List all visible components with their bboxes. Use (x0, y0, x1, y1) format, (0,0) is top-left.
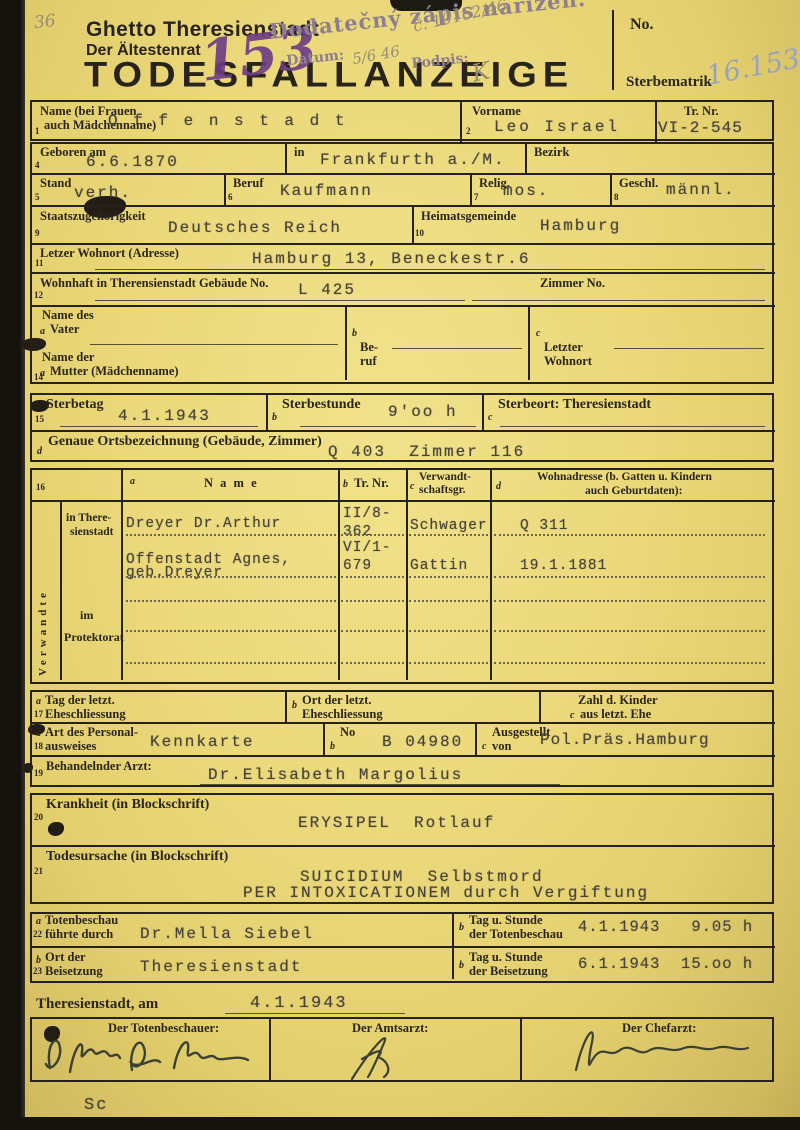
corner-note: 36 (33, 11, 57, 33)
ehe-ort-label1: Ort der letzt. (302, 693, 372, 708)
sterbestunde-value: 9'oo h (388, 403, 458, 421)
sub-letter: a (40, 326, 45, 337)
divider (528, 305, 530, 380)
fill-rule (500, 426, 765, 427)
field-num: 12 (34, 290, 43, 300)
ausweis-value: Kennkarte (150, 733, 254, 751)
sterbestunde-label: Sterbestunde (282, 397, 361, 413)
relative-grade: Schwager (410, 518, 488, 534)
relative-trnr: II/8- (343, 506, 392, 522)
signature-chefarzt (556, 1018, 766, 1078)
beruf-value: Kaufmann (280, 182, 373, 200)
row-line (30, 755, 775, 757)
totenbeschau-label1: Totenbeschau (45, 913, 118, 928)
sect-protektorat2: Protektorat (64, 630, 124, 645)
row-line (30, 430, 775, 432)
divider (338, 468, 340, 680)
divider (60, 500, 62, 680)
dotted-line (494, 662, 765, 664)
ausweis-label2: ausweises (45, 739, 96, 754)
scanned-death-certificate: 36 Ghetto Theresienstadt Der Ältestenrat… (0, 0, 800, 1130)
divider (460, 100, 462, 142)
totenbeschau-zeit-label2: der Totenbeschau (469, 927, 563, 942)
trnr-label: Tr. Nr. (684, 104, 719, 119)
dotted-line (341, 576, 404, 578)
divider (482, 393, 484, 430)
field-num: 10 (415, 228, 424, 238)
vorname-value: Leo Israel (494, 118, 620, 136)
dotted-line (494, 630, 765, 632)
sect-theresienstadt2: sienstadt (70, 526, 113, 538)
fill-rule (95, 300, 465, 301)
mutter-label1: Name der (42, 350, 94, 365)
ausweis-no-value: B 04980 (382, 733, 463, 751)
totenbeschau-zeit-label1: Tag u. Stunde (469, 913, 543, 928)
todesursache-label: Todesursache (in Blockschrift) (46, 849, 228, 865)
dotted-line (341, 534, 404, 536)
sub-letter: c (410, 481, 414, 492)
ausweis-von-label2: von (492, 739, 511, 754)
sub-letter: c (570, 710, 574, 721)
divider (269, 1017, 271, 1082)
relative-trnr2: 362 (343, 524, 372, 540)
geb-in-value: Frankfurth a./M. (320, 151, 506, 169)
sub-letter: c (536, 328, 540, 339)
field-num: 17 (34, 709, 43, 719)
sect-theresienstadt1: in There- (66, 512, 111, 524)
col-addr2: auch Geburtdaten): (585, 485, 682, 497)
sub-letter: b (272, 412, 277, 423)
dotted-line (341, 600, 404, 602)
letzter-col-label1: Letzter (544, 340, 583, 355)
row-line (30, 845, 775, 847)
row-line (30, 205, 775, 207)
genaue-value: Q 403 Zimmer 116 (328, 443, 525, 461)
beruf-col-label1: Be- (360, 340, 378, 355)
signature-totenbeschauer (40, 1026, 260, 1081)
todesursache-value2: PER INTOXICATIONEM durch Vergiftung (243, 884, 649, 902)
sterbematrik-value: 16.153 (704, 43, 800, 91)
ehe-ort-label2: Eheschliessung (302, 707, 383, 722)
geb-in-label: in (294, 145, 304, 160)
dotted-line (409, 534, 488, 536)
footer-place-label: Theresienstadt, am (36, 996, 158, 1013)
row-line (30, 305, 775, 307)
krankheit-label: Krankheit (in Blockschrift) (46, 797, 209, 813)
vorname-label: Vorname (472, 104, 521, 119)
field-num: 18 (34, 741, 43, 751)
name-value: O f f e n s t a d t (108, 112, 347, 130)
field-num: 14 (34, 372, 43, 382)
field-num: 22 (33, 929, 42, 939)
sub-letter: d (496, 481, 501, 492)
divider (285, 690, 287, 722)
beisetzung-zeit-label1: Tag u. Stunde (469, 950, 543, 965)
fill-rule (90, 344, 338, 345)
stand-label: Stand (40, 176, 71, 191)
field-num: 23 (33, 966, 42, 976)
field-num: 6 (228, 192, 233, 202)
vater-label1: Name des (42, 308, 94, 323)
sub-letter: a (36, 916, 41, 927)
dotted-line (494, 576, 765, 578)
divider (121, 468, 123, 680)
trnr-value: VI-2-545 (658, 119, 743, 137)
divider (266, 393, 268, 430)
staat-value: Deutsches Reich (168, 219, 342, 237)
zimmer-label: Zimmer No. (540, 276, 605, 291)
heimat-label: Heimatsgemeinde (421, 209, 516, 224)
relative-addr: Q 311 (520, 518, 569, 534)
letzter-col-label2: Wohnort (544, 354, 592, 369)
divider (412, 205, 414, 243)
signature-amtsarzt (330, 1025, 450, 1083)
heimat-value: Hamburg (540, 217, 621, 235)
field-num: 13 (34, 338, 43, 348)
divider (655, 100, 657, 142)
sterbetag-value: 4.1.1943 (118, 407, 211, 425)
ehe-tag-label2: Eheschliessung (45, 707, 126, 722)
dotted-line (409, 600, 488, 602)
col-trnr: Tr. Nr. (354, 476, 389, 491)
fill-rule (614, 348, 764, 349)
row-line (30, 272, 775, 274)
arzt-label: Behandelnder Arzt: (46, 759, 152, 774)
krankheit-value: ERYSIPEL Rotlauf (298, 814, 495, 832)
fill-rule (392, 348, 522, 349)
vater-label2: Vater (50, 322, 79, 337)
sub-letter: b (36, 955, 41, 966)
dotted-line (494, 534, 765, 536)
row-line (30, 722, 775, 724)
stand-value: verh. (74, 184, 132, 202)
field-num: 15 (35, 414, 44, 424)
dotted-line (126, 576, 336, 578)
sub-letter: d (37, 446, 42, 457)
ehe-kinder-label2: aus letzt. Ehe (580, 707, 651, 722)
beisetzung-ort-label1: Ort der (45, 950, 86, 965)
relative-trnr: VI/1- (343, 540, 392, 556)
dotted-line (494, 600, 765, 602)
relative-addr: 19.1.1881 (520, 558, 607, 574)
bezirk-label: Bezirk (534, 145, 569, 160)
divider (475, 722, 477, 755)
relative-trnr2: 679 (343, 558, 372, 574)
scan-left-edge (0, 0, 25, 1130)
relative-name2: geb.Dreyer (126, 565, 223, 581)
relative-grade: Gattin (410, 558, 468, 574)
dotted-line (126, 534, 336, 536)
ausweis-label1: Art des Personal- (45, 725, 138, 740)
divider (610, 173, 612, 205)
field-num: 21 (34, 866, 43, 876)
field-num: 1 (35, 126, 40, 136)
wohnhaft-label: Wohnhaft in Therensienstadt Gebäude No. (40, 276, 268, 291)
row-line (30, 500, 775, 502)
sub-letter: b (330, 741, 335, 752)
sterbeort-label: Sterbeort: Theresienstadt (498, 397, 651, 413)
wohnort-value: Hamburg 13, Beneckestr.6 (252, 250, 530, 268)
divider (406, 468, 408, 680)
divider (539, 690, 541, 722)
field-num: 5 (35, 192, 40, 202)
ehe-tag-label1: Tag der letzt. (45, 693, 115, 708)
staat-label: Staatszugehörigkeit (40, 209, 146, 224)
divider (520, 1017, 522, 1082)
field-num: 11 (35, 258, 44, 268)
sub-letter: b (292, 700, 297, 711)
row-line (30, 946, 775, 948)
sub-letter: c (482, 741, 486, 752)
field-num: 2 (466, 126, 471, 136)
divider (323, 722, 325, 755)
sterbematrik-label: Sterbematrik (626, 74, 712, 91)
sub-letter: a (130, 476, 135, 487)
divider (490, 468, 492, 680)
divider (285, 142, 287, 173)
totenbeschau-zeit-value: 4.1.1943 9.05 h (578, 918, 753, 936)
genaue-label: Genaue Ortsbezeichnung (Gebäude, Zimmer) (48, 434, 322, 450)
footer-code: Sc (84, 1096, 108, 1115)
totenbeschau-label2: führte durch (45, 927, 113, 942)
row-line (30, 173, 775, 175)
sub-letter: b (352, 328, 357, 339)
sterbetag-label: Sterbetag (46, 397, 104, 413)
relig-value: mos. (503, 182, 549, 200)
dotted-line (341, 630, 404, 632)
dotted-line (341, 662, 404, 664)
field-num: 19 (34, 768, 43, 778)
beisetzung-ort-label2: Beisetzung (45, 964, 103, 979)
sub-letter: b (459, 960, 464, 971)
col-grad2: schaftsgr. (419, 484, 466, 496)
col-addr1: Wohnadresse (b. Gatten u. Kindern (537, 471, 712, 483)
dotted-line (409, 662, 488, 664)
beisetzung-zeit-label2: der Beisetzung (469, 964, 548, 979)
field-num: 16 (36, 482, 45, 492)
divider (224, 173, 226, 205)
divider (470, 173, 472, 205)
ehe-kinder-label1: Zahl d. Kinder (578, 693, 658, 708)
wohnort-label: Letzer Wohnort (Adresse) (40, 246, 179, 261)
dotted-line (126, 662, 336, 664)
divider (345, 305, 347, 380)
sub-letter: b (459, 922, 464, 933)
mutter-label2: Mutter (Mädchenname) (50, 364, 179, 379)
geboren-value: 6.6.1870 (86, 153, 179, 171)
dotted-line (126, 630, 336, 632)
sub-letter: b (343, 479, 348, 490)
geschl-label: Geschl. (619, 176, 658, 191)
fill-rule (300, 426, 476, 427)
field-num: 7 (474, 192, 479, 202)
field-num: 4 (35, 160, 40, 170)
beruf-col-label2: ruf (360, 354, 377, 369)
field-num: 8 (614, 192, 619, 202)
dotted-line (126, 600, 336, 602)
fill-rule (200, 784, 560, 785)
col-grad1: Verwandt- (419, 471, 471, 483)
side-label-verwandte: Verwandte (37, 508, 49, 676)
field-num: 20 (34, 812, 43, 822)
totenbeschau-value: Dr.Mella Siebel (140, 925, 314, 943)
dotted-line (409, 630, 488, 632)
header-divider (612, 10, 614, 90)
sub-letter: a (36, 728, 41, 739)
fill-rule (60, 426, 258, 427)
fill-rule (225, 1013, 405, 1014)
divider (525, 142, 527, 173)
col-name: N a m e (204, 476, 259, 491)
wohnhaft-value: L 425 (298, 281, 356, 299)
ausweis-von-value: Pol.Präs.Hamburg (540, 731, 710, 749)
dotted-line (409, 576, 488, 578)
beruf-label: Beruf (233, 176, 264, 191)
sub-letter: a (36, 696, 41, 707)
field-num: 9 (35, 228, 40, 238)
no-label: No. (630, 16, 654, 34)
ausweis-no-label: No (340, 725, 355, 740)
beisetzung-ort-value: Theresienstadt (140, 958, 302, 976)
relative-name: Dreyer Dr.Arthur (126, 516, 281, 532)
sect-protektorat1: im (80, 608, 93, 623)
sub-letter: c (488, 412, 492, 423)
geschl-value: männl. (666, 181, 736, 199)
fill-rule (95, 269, 765, 270)
footer-date-value: 4.1.1943 (250, 994, 348, 1013)
beisetzung-zeit-value: 6.1.1943 15.oo h (578, 955, 753, 973)
fill-rule (472, 300, 765, 301)
arzt-value: Dr.Elisabeth Margolius (208, 766, 463, 784)
scan-bottom-edge (0, 1117, 800, 1130)
row-line (30, 243, 775, 245)
